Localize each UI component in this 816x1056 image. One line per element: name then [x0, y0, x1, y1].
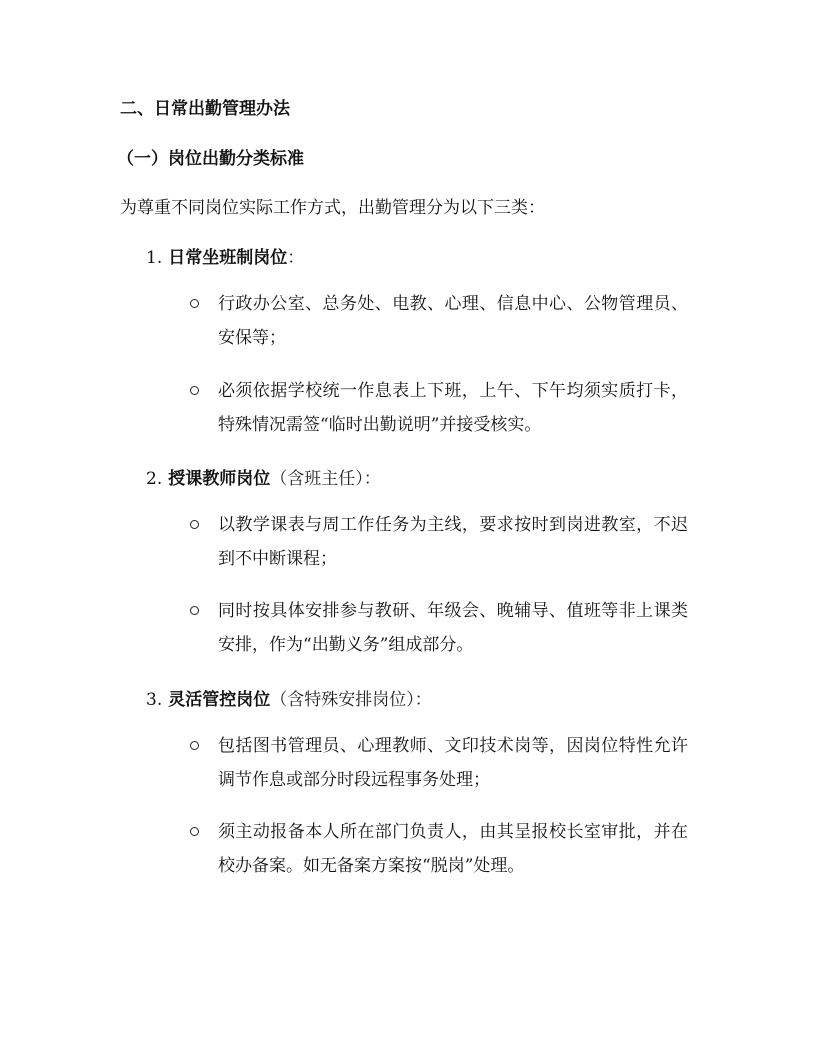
list-item: 必须依据学校统一作息表上下班，上午、下午均须实质打卡，特殊情况需签“临时出勤说明…	[190, 374, 690, 442]
list-item: 行政办公室、总务处、电教、心理、信息中心、公物管理员、安保等；	[190, 287, 690, 355]
category-title: 授课教师岗位	[168, 469, 270, 489]
hollow-bullet-icon	[190, 606, 199, 615]
category-3-heading: 3.灵活管控岗位（含特殊安排岗位）：	[146, 688, 432, 712]
hollow-bullet-icon	[190, 741, 199, 750]
list-item-text: 必须依据学校统一作息表上下班，上午、下午均须实质打卡，特殊情况需签“临时出勤说明…	[218, 374, 688, 442]
list-number: 1.	[146, 248, 162, 268]
hollow-bullet-icon	[190, 827, 199, 836]
list-item-text: 行政办公室、总务处、电教、心理、信息中心、公物管理员、安保等；	[218, 287, 688, 355]
category-2-heading: 2.授课教师岗位（含班主任）：	[146, 467, 381, 491]
section-heading: 二、日常出勤管理办法	[120, 97, 290, 121]
category-colon: ：	[364, 469, 381, 489]
category-1-heading: 1.日常坐班制岗位：	[146, 246, 304, 270]
document-page: 二、日常出勤管理办法 （一）岗位出勤分类标准 为尊重不同岗位实际工作方式，出勤管…	[0, 0, 816, 1056]
hollow-bullet-icon	[190, 386, 199, 395]
list-number: 2.	[146, 469, 162, 489]
subsection-heading: （一）岗位出勤分类标准	[117, 147, 304, 171]
list-item-text: 同时按具体安排参与教研、年级会、晚辅导、值班等非上课类安排，作为“出勤义务”组成…	[218, 594, 688, 662]
list-item-text: 须主动报备本人所在部门负责人，由其呈报校长室审批，并在校办备案。如无备案方案按“…	[218, 815, 688, 883]
list-number: 3.	[146, 690, 162, 710]
category-note: （含特殊安排岗位）	[270, 690, 415, 710]
list-item-text: 以教学课表与周工作任务为主线，要求按时到岗进教室，不迟到不中断课程；	[218, 508, 688, 576]
list-item: 同时按具体安排参与教研、年级会、晚辅导、值班等非上课类安排，作为“出勤义务”组成…	[190, 594, 690, 662]
hollow-bullet-icon	[190, 520, 199, 529]
list-item-text: 包括图书管理员、心理教师、文印技术岗等，因岗位特性允许调节作息或部分时段远程事务…	[218, 729, 688, 797]
list-item: 以教学课表与周工作任务为主线，要求按时到岗进教室，不迟到不中断课程；	[190, 508, 690, 576]
list-item: 须主动报备本人所在部门负责人，由其呈报校长室审批，并在校办备案。如无备案方案按“…	[190, 815, 690, 883]
category-note: （含班主任）	[270, 469, 364, 489]
category-title: 灵活管控岗位	[168, 690, 270, 710]
hollow-bullet-icon	[190, 299, 199, 308]
category-title: 日常坐班制岗位	[168, 248, 287, 268]
list-item: 包括图书管理员、心理教师、文印技术岗等，因岗位特性允许调节作息或部分时段远程事务…	[190, 729, 690, 797]
category-colon: ：	[415, 690, 432, 710]
intro-paragraph: 为尊重不同岗位实际工作方式，出勤管理分为以下三类：	[120, 196, 545, 220]
category-colon: ：	[287, 248, 304, 268]
